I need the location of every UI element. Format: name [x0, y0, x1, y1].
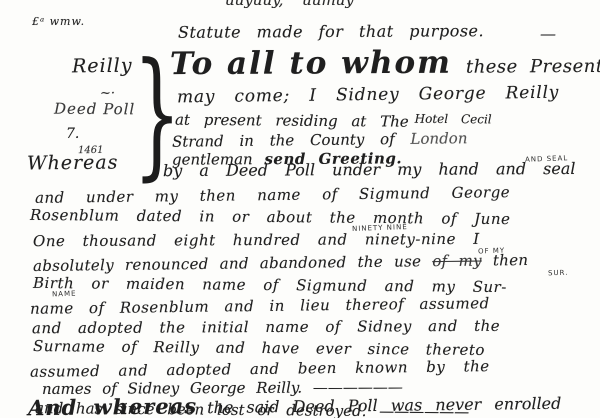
margin-name: Reilly	[72, 55, 133, 78]
interlineation-name: NAME	[52, 290, 77, 299]
heading-line-4: Strand in the County of London	[172, 129, 468, 151]
body-line-10: assumed and adopted and been known by th…	[30, 357, 490, 381]
margin-doc-type: Deed Poll	[54, 100, 135, 119]
body-line-2: and under my then name of Sigmund George	[35, 183, 510, 207]
body-line-4: One thousand eight hundred and ninety-ni…	[33, 230, 480, 250]
heading-line-3: at present residing at TheHotel Cecil	[175, 111, 492, 132]
body-line-1: by a Deed Poll under my hand and seal	[163, 159, 576, 180]
heading-place: London	[410, 129, 467, 148]
interlineation-of-my: OF MY	[478, 247, 505, 256]
body-line-6: Birth or maiden name of Sigmund and my S…	[33, 274, 507, 296]
interlineation-and-seal: AND SEAL	[525, 154, 568, 164]
margin-flourish: ~·	[100, 86, 115, 101]
interlineation-sur: SUR.	[548, 269, 569, 278]
struck-words: of my	[432, 252, 482, 271]
margin-number: 7.	[66, 126, 79, 142]
engrossed-opening: To all to whom	[170, 45, 452, 82]
corner-annotation: £ᵃ wmw.	[32, 15, 85, 28]
body-line-8: and adopted the initial name of Sidney a…	[32, 317, 500, 337]
statute-line: Statute made for that purpose.	[178, 21, 484, 42]
body-line-13: and has since been lost or destroyed. ——…	[35, 399, 469, 418]
statute-line-dash: —	[540, 24, 556, 43]
inserted-hotel-cecil: Hotel Cecil	[415, 112, 492, 127]
heading-line-2: may come; I Sidney George Reilly	[177, 83, 559, 108]
heading-line-1: To all to whomthese Presents	[170, 44, 600, 82]
scanned-deed-poll-page: uuyuuy, uumuy Statute made for that purp…	[0, 0, 600, 418]
heading-line-3-text: at present residing at The	[175, 111, 409, 131]
body-line-7: name of Rosenblum and in lieu thereof as…	[30, 294, 490, 318]
body-line-5-pre: absolutely renounced and abandoned the u…	[33, 252, 432, 275]
body-line-5: absolutely renounced and abandoned the u…	[33, 251, 529, 275]
body-line-3: Rosenblum dated in or about the month of…	[30, 206, 511, 228]
body-line-9: Surname of Reilly and have ever since th…	[33, 337, 485, 359]
cut-off-line-fragment: uuyuuy, uumuy	[225, 0, 354, 9]
heading-line-4-text: Strand in the County of	[172, 130, 395, 151]
heading-opening-rest: these Presents	[466, 56, 600, 78]
whereas-lead: Whereas	[27, 151, 119, 174]
